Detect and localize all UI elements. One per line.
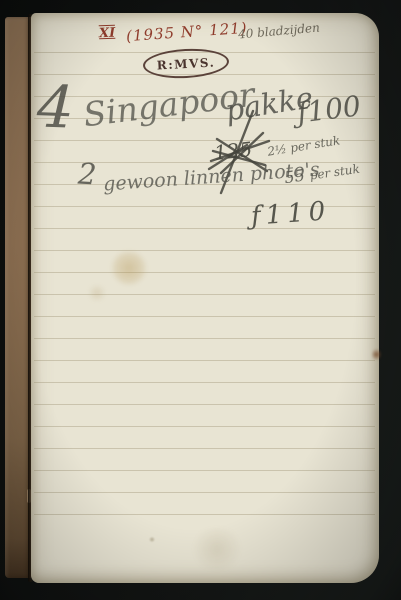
right-edge-stain	[372, 348, 381, 361]
foxing-stain-small	[87, 285, 107, 301]
museum-stamp-text: R:MVS.	[156, 55, 215, 72]
total-amount: ƒ110	[250, 196, 331, 231]
notebook-photograph: XI (1935 N° 121) 40 bladzijden R:MVS. 4 …	[0, 0, 401, 600]
notebook-page: XI (1935 N° 121) 40 bladzijden R:MVS. 4 …	[31, 13, 379, 583]
bottom-smudge	[189, 528, 245, 570]
entry2-quantity: 2	[77, 157, 97, 192]
entry2-price-amount: 55	[283, 166, 306, 188]
series-number: XI	[99, 26, 116, 42]
paper-speck	[149, 537, 155, 542]
entry1-quantity: 4	[36, 72, 75, 141]
foxing-stain-large	[111, 251, 147, 285]
crossed-out-amount: 125	[213, 137, 253, 165]
